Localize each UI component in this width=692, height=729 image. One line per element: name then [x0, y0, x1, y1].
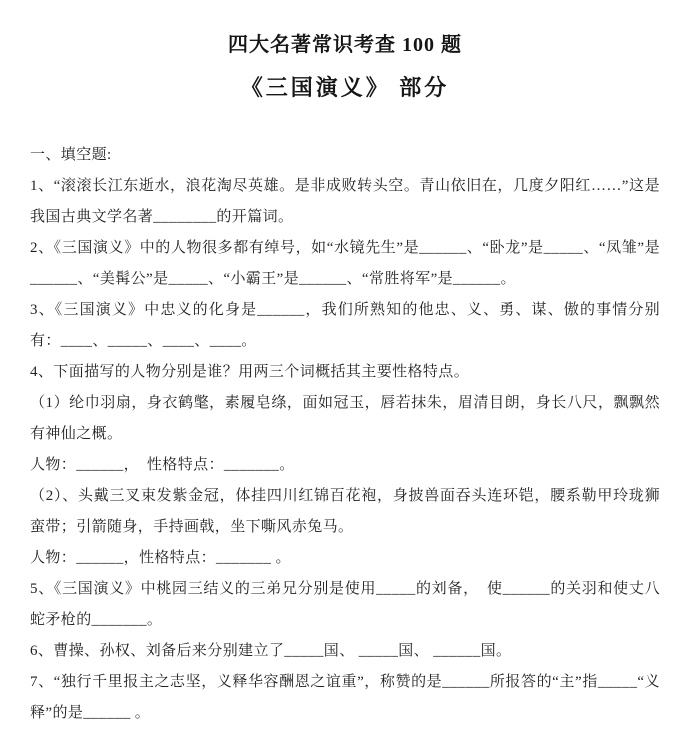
question-1: 1、“滚滚长江东逝水，浪花淘尽英雄。是非成败转头空。青山依旧在，几度夕阳红……”… — [30, 171, 660, 233]
question-4-intro: 4、下面描写的人物分别是谁？用两三个词概括其主要性格特点。 — [30, 357, 660, 388]
section-header: 一、填空题: — [30, 140, 660, 171]
question-2: 2、《三国演义》中的人物很多都有绰号，如“水镜先生”是______、“卧龙”是_… — [30, 233, 660, 295]
question-7: 7、“独行千里报主之志坚，义释华容酬恩之谊重”，称赞的是______所报答的“主… — [30, 667, 660, 729]
document-body: 一、填空题: 1、“滚滚长江东逝水，浪花淘尽英雄。是非成败转头空。青山依旧在，几… — [30, 140, 660, 729]
page-subtitle: 《三国演义》 部分 — [30, 74, 660, 102]
document-page: 四大名著常识考查 100 题 《三国演义》 部分 一、填空题: 1、“滚滚长江东… — [0, 0, 692, 729]
question-3: 3、《三国演义》中忠义的化身是______，我们所熟知的他忠、义、勇、谋、傲的事… — [30, 295, 660, 357]
question-4-part-2-description: （2）、头戴三叉束发紫金冠，体挂四川红锦百花袍，身披兽面吞头连环铠，腰系勒甲玲珑… — [30, 481, 660, 543]
question-4-part-2-answer: 人物：______，性格特点：_______ 。 — [30, 543, 660, 574]
question-4-part-1-description: （1）纶巾羽扇，身衣鹤氅，素履皂绦，面如冠玉，唇若抹朱，眉清目朗，身长八尺，飘飘… — [30, 388, 660, 450]
question-5: 5、《三国演义》中桃园三结义的三弟兄分别是使用_____的刘备， 使______… — [30, 574, 660, 636]
question-6: 6、曹操、孙权、刘备后来分别建立了_____国、 _____国、 ______国… — [30, 636, 660, 667]
question-4-part-1-answer: 人物：______， 性格特点：_______。 — [30, 450, 660, 481]
page-title: 四大名著常识考查 100 题 — [30, 32, 660, 58]
